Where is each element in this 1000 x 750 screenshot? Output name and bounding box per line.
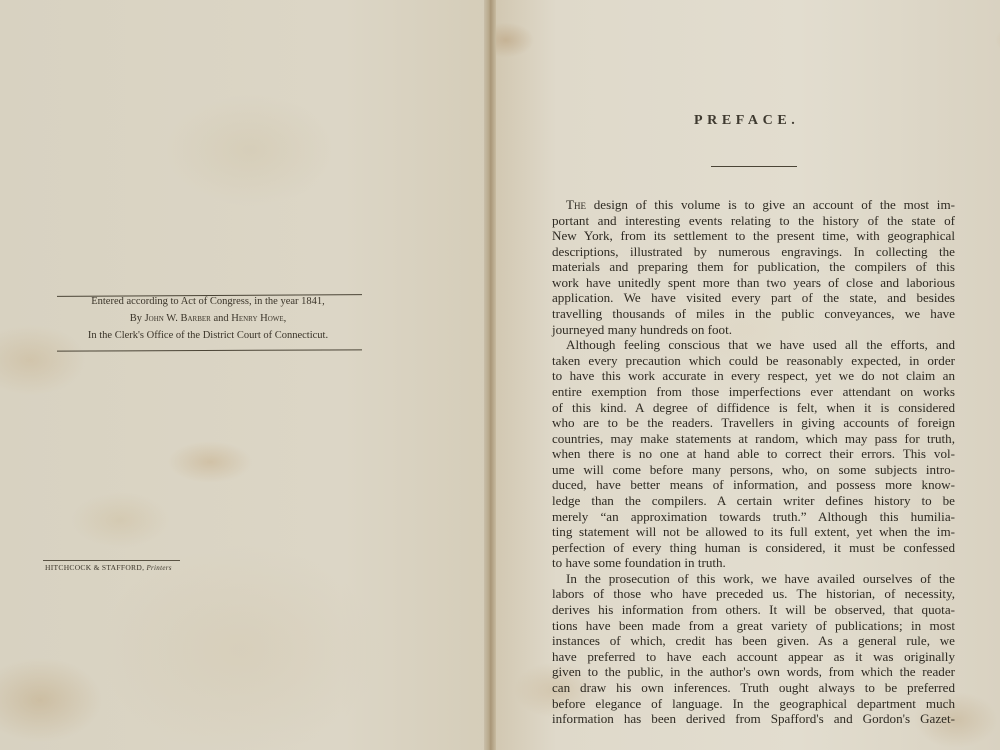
text-line: have preferred to have each account appe… <box>552 649 955 665</box>
copyright-line-3: In the Clerk's Office of the District Co… <box>57 327 359 344</box>
copyright-notice: Entered according to Act of Congress, in… <box>57 293 359 344</box>
text-line: portant and interesting events relating … <box>552 213 955 229</box>
text-line: given to the public, in the author's own… <box>552 664 955 680</box>
text-line: application. We have visited every part … <box>552 290 955 306</box>
page-title: PREFACE. <box>694 113 799 129</box>
text-line: when there is no one at hand able to cor… <box>552 446 955 462</box>
preface-body: The design of this volume is to give an … <box>552 197 955 727</box>
text-line: perfection of every thing human is consi… <box>552 540 955 556</box>
copyright-line-1: Entered according to Act of Congress, in… <box>57 293 359 310</box>
author-name: John W. Barber <box>145 313 211 324</box>
text-line: information has been derived from Spaffo… <box>552 711 955 727</box>
text-line: New York, from its settlement to the pre… <box>552 228 955 244</box>
left-page: Entered according to Act of Congress, in… <box>0 0 487 750</box>
copyright-line-2: By John W. Barber and Henry Howe, <box>57 310 359 327</box>
text-line: In the prosecution of this work, we have… <box>552 571 955 587</box>
text-line: of this kind. A degree of diffidence is … <box>552 400 955 416</box>
text-line: to have this work accurate in every resp… <box>552 368 955 384</box>
text-line: merely “an approximation towards truth.”… <box>552 509 955 525</box>
author-name: Henry Howe <box>231 313 283 324</box>
text-line: instances of which, credit has been give… <box>552 633 955 649</box>
text-line: taken every precaution which could be re… <box>552 353 955 369</box>
text-line: journeyed many hundreds on foot. <box>552 322 955 338</box>
printer-rule <box>43 560 180 561</box>
book-gutter <box>484 0 496 750</box>
text-line: derives his information from others. It … <box>552 602 955 618</box>
text-line: work have unitedly spent more than two y… <box>552 275 955 291</box>
text-line: can draw his own inferences. Truth ought… <box>552 680 955 696</box>
text-line: tions have been made from a great variet… <box>552 618 955 634</box>
text-line: before elegance of language. In the geog… <box>552 696 955 712</box>
text-line: ledge than the compilers. A certain writ… <box>552 493 955 509</box>
text-line: entire exemption from those imperfection… <box>552 384 955 400</box>
text-line: The design of this volume is to give an … <box>552 197 955 213</box>
text-line: who are to be the readers. Travellers in… <box>552 415 955 431</box>
copyright-bottom-rule <box>57 349 362 351</box>
text-line: ume will come before many persons, who, … <box>552 462 955 478</box>
text-line: materials and preparing them for publica… <box>552 259 955 275</box>
text-line: labors of those who have preceded us. Th… <box>552 586 955 602</box>
text-line: descriptions, illustrated by numerous en… <box>552 244 955 260</box>
text-line: Although feeling conscious that we have … <box>552 337 955 353</box>
text-line: ting statement will not be allowed to it… <box>552 524 955 540</box>
text-line: duced, have better means of information,… <box>552 477 955 493</box>
text-line: travelling thousands of miles in the pub… <box>552 306 955 322</box>
printer-imprint: HITCHCOCK & STAFFORD, Printers <box>45 563 172 572</box>
title-rule <box>711 166 797 167</box>
text-line: to have some foundation in truth. <box>552 555 955 571</box>
text-line: countries, may make statements at random… <box>552 431 955 447</box>
